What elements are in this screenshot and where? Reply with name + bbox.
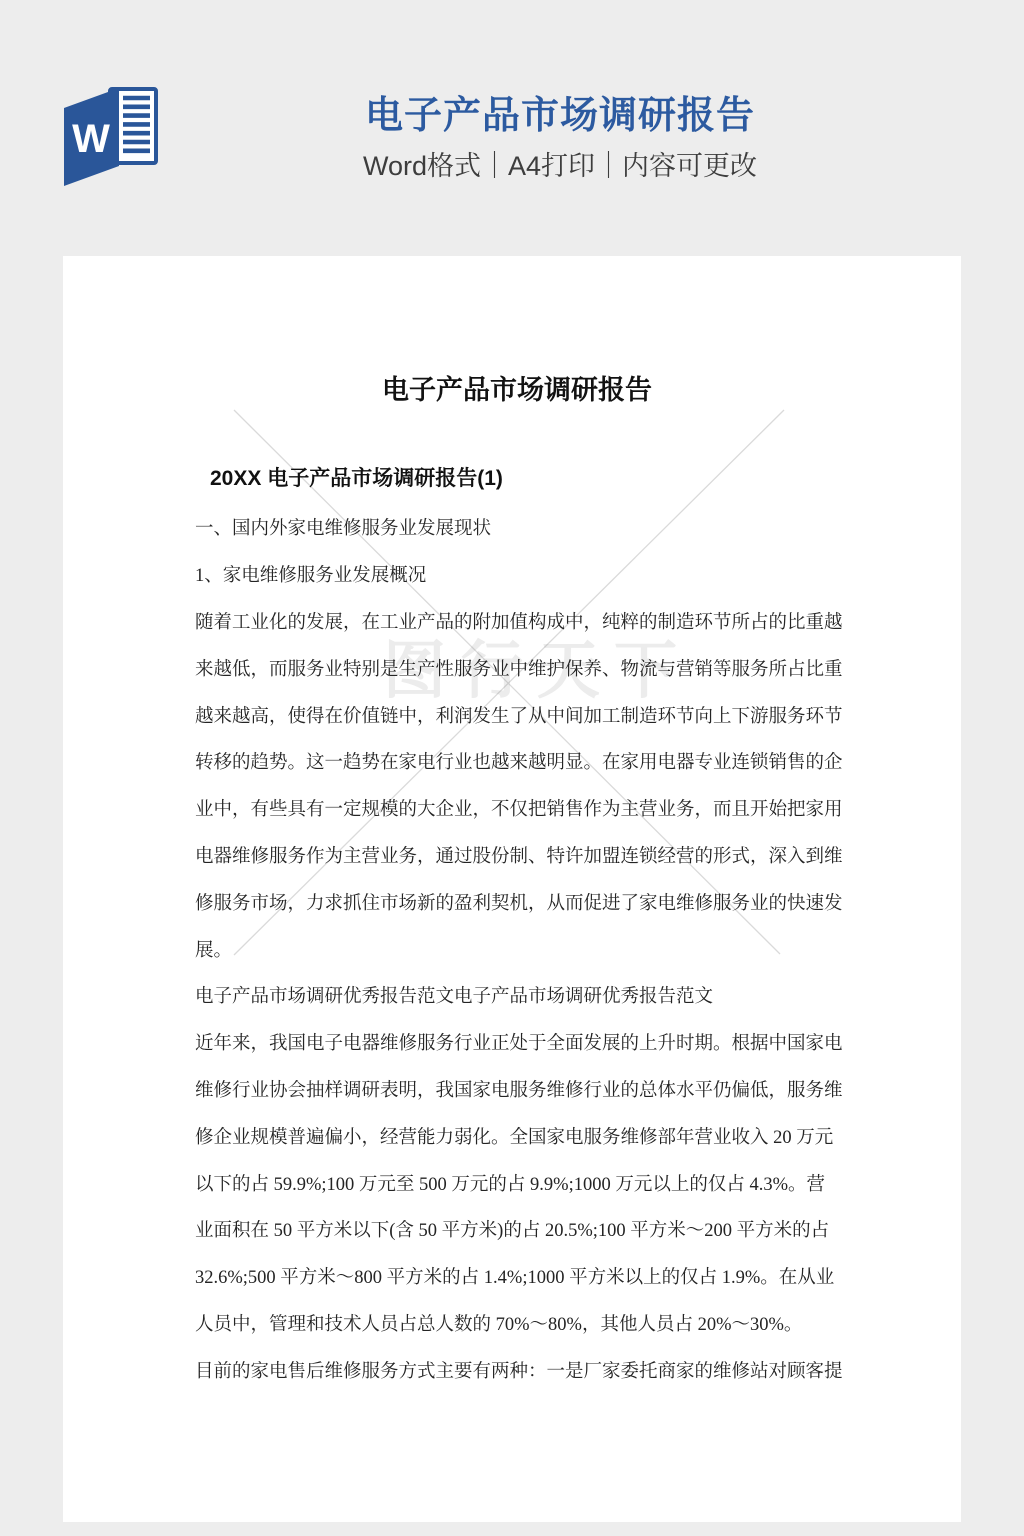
document-line: 目前的家电售后维修服务方式主要有两种：一是厂家委托商家的维修站对顾客提 <box>195 1346 843 1393</box>
document-line: 维修行业协会抽样调研表明，我国家电服务维修行业的总体水平仍偏低，服务维 <box>195 1066 843 1113</box>
document-line: 展。 <box>195 925 843 972</box>
document-line: 32.6%;500 平方米～800 平方米的占 1.4%;1000 平方米以上的… <box>195 1253 843 1300</box>
document-lines: 一、国内外家电维修服务业发展现状1、家电维修服务业发展概况随着工业化的发展，在工… <box>195 504 843 1393</box>
document-line: 转移的趋势。这一趋势在家电行业也越来越明显。在家用电器专业连锁销售的企 <box>195 738 843 785</box>
document-line: 以下的占 59.9%;100 万元至 500 万元的占 9.9%;1000 万元… <box>195 1159 843 1206</box>
document-line: 随着工业化的发展，在工业产品的附加值构成中，纯粹的制造环节所占的比重越 <box>195 598 843 645</box>
document-line: 修企业规模普遍偏小，经营能力弱化。全国家电服务维修部年营业收入 20 万元 <box>195 1112 843 1159</box>
template-title: 电子产品市场调研报告 <box>160 94 960 138</box>
document-line: 1、家电维修服务业发展概况 <box>195 551 843 598</box>
document-line: 一、国内外家电维修服务业发展现状 <box>195 504 843 551</box>
template-header-text: 电子产品市场调研报告 Word格式｜A4打印｜内容可更改 <box>160 0 960 181</box>
document-line: 业面积在 50 平方米以下(含 50 平方米)的占 20.5%;100 平方米～… <box>195 1206 843 1253</box>
document-title: 电子产品市场调研报告 <box>195 372 839 408</box>
document-line: 修服务市场，力求抓住市场新的盈利契机，从而促进了家电维修服务业的快速发 <box>195 878 843 925</box>
document-line: 电器维修服务作为主营业务，通过股份制、特许加盟连锁经营的形式，深入到维 <box>195 832 843 879</box>
word-icon-letter: W <box>72 117 110 161</box>
word-icon: W <box>62 86 160 186</box>
document-line: 电子产品市场调研优秀报告范文电子产品市场调研优秀报告范文 <box>195 972 843 1019</box>
template-subtitle: Word格式｜A4打印｜内容可更改 <box>160 151 960 181</box>
template-header: W 电子产品市场调研报告 Word格式｜A4打印｜内容可更改 <box>0 0 1024 255</box>
document-line: 业中，有些具有一定规模的大企业，不仅把销售作为主营业务，而且开始把家用 <box>195 785 843 832</box>
document-page: 图行天下 电子产品市场调研报告 20XX 电子产品市场调研报告(1) 一、国内外… <box>63 256 961 1522</box>
document-line: 人员中，管理和技术人员占总人数的 70%～80%，其他人员占 20%～30%。 <box>195 1300 843 1347</box>
document-line: 来越低，而服务业特别是生产性服务业中维护保养、物流与营销等服务所占比重 <box>195 644 843 691</box>
document-line: 越来越高，使得在价值链中，利润发生了从中间加工制造环节向上下游服务环节 <box>195 691 843 738</box>
document-line: 近年来，我国电子电器维修服务行业正处于全面发展的上升时期。根据中国家电 <box>195 1019 843 1066</box>
template-preview: W 电子产品市场调研报告 Word格式｜A4打印｜内容可更改 图行天下 电子产品… <box>0 0 1024 1536</box>
document-heading: 20XX 电子产品市场调研报告(1) <box>210 465 503 493</box>
